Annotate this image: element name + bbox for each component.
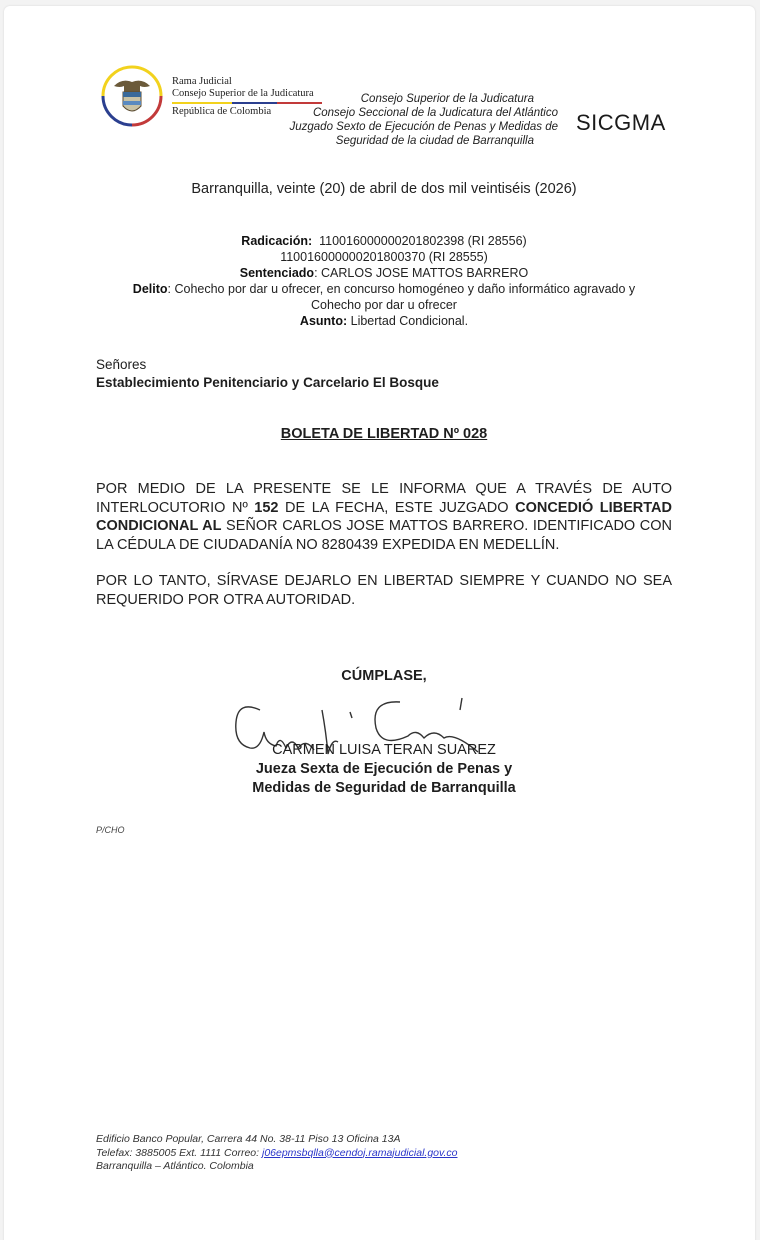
institution-line: Consejo Superior de la Judicatura [266,92,558,106]
body-text: POR MEDIO DE LA PRESENTE SE LE INFORMA Q… [96,480,672,627]
institution-block: Consejo Superior de la Judicatura Consej… [266,92,558,148]
institution-line: Juzgado Sexto de Ejecución de Penas y Me… [266,120,558,134]
signer-block: CARMEN LUISA TERAN SUAREZ Jueza Sexta de… [4,741,760,798]
institution-line: Consejo Seccional de la Judicatura del A… [266,106,558,120]
footer-city: Barranquilla – Atlántico. Colombia [96,1160,457,1174]
signer-name: CARMEN LUISA TERAN SUAREZ [4,741,760,760]
footer-email-link[interactable]: j06epmsbqlla@cendoj.ramajudicial.gov.co [262,1147,458,1159]
asunto-value: Libertad Condicional. [347,314,468,328]
branch-line: Rama Judicial [172,76,322,88]
document-title: BOLETA DE LIBERTAD Nº 028 [4,426,760,442]
sentenciado-label: Sentenciado [240,266,314,280]
institution-line: Seguridad de la ciudad de Barranquilla [266,134,558,148]
auto-number: 152 [254,500,278,516]
delito-value-cont: Cohecho por dar u ofrecer [311,298,457,312]
radicacion-value: 110016000000201800370 (RI 28555) [280,250,488,264]
colombia-seal-icon [100,64,164,128]
salutation: Señores [96,356,439,374]
addressee-name: Establecimiento Penitenciario y Carcelar… [96,374,439,392]
closing: CÚMPLASE, [4,668,760,684]
document-page: Rama Judicial Consejo Superior de la Jud… [4,6,755,1240]
signer-role: Jueza Sexta de Ejecución de Penas y [4,760,760,779]
initials: P/CHO [96,825,125,835]
case-details: Radicación: 110016000000201802398 (RI 28… [4,233,760,329]
radicacion-value: 110016000000201802398 (RI 28556) [319,234,527,248]
date-line: Barranquilla, veinte (20) de abril de do… [4,181,760,197]
sentenciado-value: : CARLOS JOSE MATTOS BARRERO [314,266,528,280]
footer-address: Edificio Banco Popular, Carrera 44 No. 3… [96,1133,457,1147]
addressee: Señores Establecimiento Penitenciario y … [96,356,439,392]
body-paragraph-2: POR LO TANTO, SÍRVASE DEJARLO EN LIBERTA… [96,572,672,609]
system-label: SICGMA [576,110,666,136]
signer-role: Medidas de Seguridad de Barranquilla [4,779,760,798]
radicacion-label: Radicación: [241,234,312,248]
delito-value: : Cohecho por dar u ofrecer, en concurso… [168,282,636,296]
p1-text: DE LA FECHA, ESTE JUZGADO [278,500,515,516]
asunto-label: Asunto: [300,314,347,328]
body-paragraph-1: POR MEDIO DE LA PRESENTE SE LE INFORMA Q… [96,480,672,554]
footer: Edificio Banco Popular, Carrera 44 No. 3… [96,1133,457,1174]
delito-label: Delito [133,282,168,296]
footer-phone: Telefax: 3885005 Ext. 1111 Correo: [96,1147,262,1159]
